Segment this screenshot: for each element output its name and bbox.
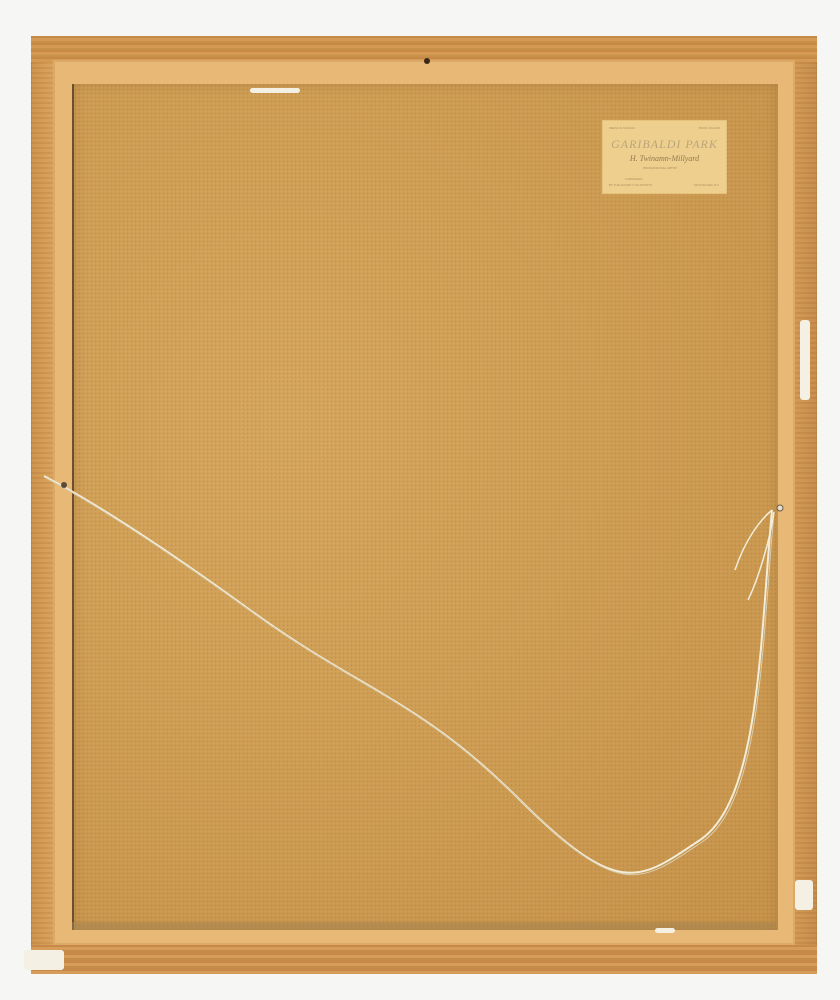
hanging-wire xyxy=(0,0,840,1000)
